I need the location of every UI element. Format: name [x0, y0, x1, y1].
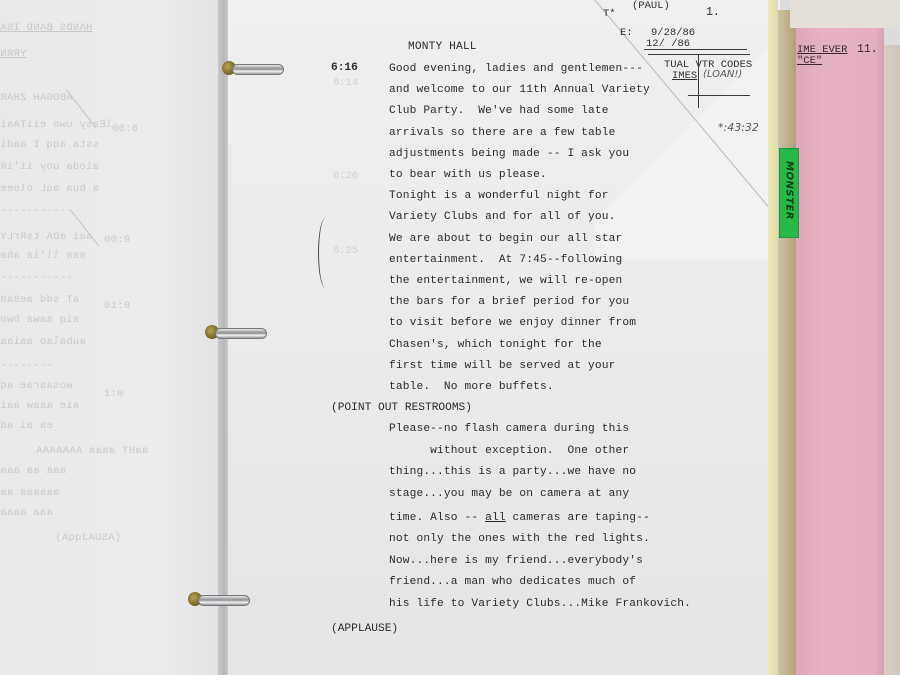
back-page-line: HANDS BAND ISA	[0, 22, 92, 34]
dialogue-line: time. Also -- all cameras are taping--	[389, 512, 650, 524]
back-page-line: wosaarae aq	[0, 380, 73, 392]
back-page: HANDS BAND ISAYRRNABOGAH ZHARlEasy uwo e…	[0, 0, 225, 675]
dialogue-line: Tonight is a wonderful night for	[389, 190, 609, 202]
back-page-line: -----------	[0, 205, 73, 217]
yellow-page-edge	[768, 0, 778, 675]
header-date-label: E:	[620, 27, 633, 39]
pink-page-subheader: "CE"	[797, 55, 822, 67]
back-page-line: (ASUAJqqA)	[55, 532, 121, 544]
binder-ring-middle	[205, 325, 267, 339]
back-page-line: aaHT aaaa AAAAAAA	[36, 445, 148, 457]
dialogue-line: and welcome to our 11th Annual Variety	[389, 84, 650, 96]
header-col-2: IMES	[672, 70, 697, 82]
header-partial-label: T*	[603, 8, 616, 20]
underlined-word: all	[485, 512, 506, 524]
header-rule	[688, 95, 750, 96]
line-text: time. Also --	[389, 512, 485, 524]
header-name: (PAUL)	[632, 0, 670, 12]
back-page-line: a bua aqL oloee	[0, 183, 99, 195]
back-page-line: ABOGAH ZHAR	[0, 92, 73, 104]
back-page-time: 01:0	[104, 300, 130, 312]
back-page-time: 1:0	[104, 388, 124, 400]
back-page-line: ssta aqq I aadi	[0, 139, 99, 151]
header-divider	[698, 54, 699, 108]
faint-time: 6:26	[333, 170, 358, 182]
pen-mark	[318, 218, 333, 288]
back-page-line: aiq aawa bwo	[0, 314, 79, 326]
dialogue-line: thing...this is a party...we have no	[389, 466, 636, 478]
dialogue-line: arrivals so there are a few table	[389, 127, 616, 139]
page-number: 1.	[706, 6, 720, 19]
binder-ring-bottom	[188, 592, 250, 606]
faint-time: 6:14	[333, 77, 358, 89]
back-page-line: aie aaaw aai	[0, 400, 79, 412]
dialogue-line: Variety Clubs and for all of you.	[389, 211, 616, 223]
back-page-line: YRRN	[0, 48, 26, 60]
speaker-name: MONTY HALL	[408, 41, 477, 53]
dialogue-line: entertainment. At 7:45--following	[389, 254, 622, 266]
back-page-line: aaaaaa aa	[0, 487, 59, 499]
dialogue-line: the entertainment, we will re-open	[389, 275, 622, 287]
page-edge	[884, 45, 900, 675]
dialogue-line: Club Party. We've had some late	[389, 105, 609, 117]
dialogue-line: friend...a man who dedicates much of	[389, 576, 636, 588]
dialogue-line: Good evening, ladies and gentlemen---	[389, 63, 643, 75]
index-tab[interactable]: MONSTER	[779, 148, 799, 238]
dialogue-line: table. No more buffets.	[389, 381, 554, 393]
dialogue-line: adjustments being made -- I ask you	[389, 148, 629, 160]
ring-band	[232, 64, 284, 75]
faint-time: 6:25	[333, 245, 358, 257]
back-page-line: aioda uoy ii'iR	[0, 161, 99, 173]
dialogue-line: his life to Variety Clubs...Mike Frankov…	[389, 598, 691, 610]
dialogue-line: to bear with us please.	[389, 169, 547, 181]
handwritten-note: (LOAN!)	[703, 69, 742, 80]
header-rule	[644, 49, 747, 50]
dialogue-line: Now...here is my friend...everybody's	[389, 555, 643, 567]
ring-band	[215, 328, 267, 339]
pink-page	[796, 28, 884, 675]
binder-ring-top	[222, 61, 284, 75]
background	[790, 0, 900, 28]
back-page-line: ea ai ad	[0, 420, 53, 432]
dialogue-line: first time will be served at your	[389, 360, 616, 372]
back-page-line: aT sdd ae8a0	[0, 294, 79, 306]
dialogue-line: Please--no flash camera during this	[389, 423, 629, 435]
index-tab-label: MONSTER	[784, 149, 795, 233]
back-page-line: --------	[0, 360, 53, 372]
dialogue-line: the bars for a brief period for you	[389, 296, 629, 308]
line-text: cameras are taping--	[506, 512, 650, 524]
stage-direction: (POINT OUT RESTROOMS)	[331, 402, 472, 414]
pink-page-number: 11.	[857, 43, 878, 56]
stage-direction: (APPLAUSE)	[331, 623, 398, 635]
dialogue-line: without exception. One other	[389, 445, 629, 457]
handwritten-time: *:43:32	[718, 121, 759, 134]
dialogue-line: We are about to begin our all star	[389, 233, 622, 245]
back-page-line: -----------	[0, 272, 73, 284]
dialogue-line: to visit before we enjoy dinner from	[389, 317, 636, 329]
dialogue-line: not only the ones with the red lights.	[389, 533, 650, 545]
dialogue-line: Chasen's, which tonight for the	[389, 339, 602, 351]
ring-band	[198, 595, 250, 606]
header-rule	[648, 54, 750, 55]
dialogue-line: stage...you may be on camera at any	[389, 488, 629, 500]
back-page-time: 00:6	[112, 123, 138, 135]
back-page-line: aubalao aaiaa	[0, 336, 86, 348]
time-cue: 6:16	[331, 62, 358, 74]
back-page-line: aaa aa aaa	[0, 465, 66, 477]
back-page-line: aai aDA tsRrLY	[0, 231, 92, 243]
back-page-line: aaa ll'ia aha	[0, 250, 86, 262]
back-page-line: aaa aaaa	[0, 507, 53, 519]
back-page-time: 00:9	[104, 234, 130, 246]
